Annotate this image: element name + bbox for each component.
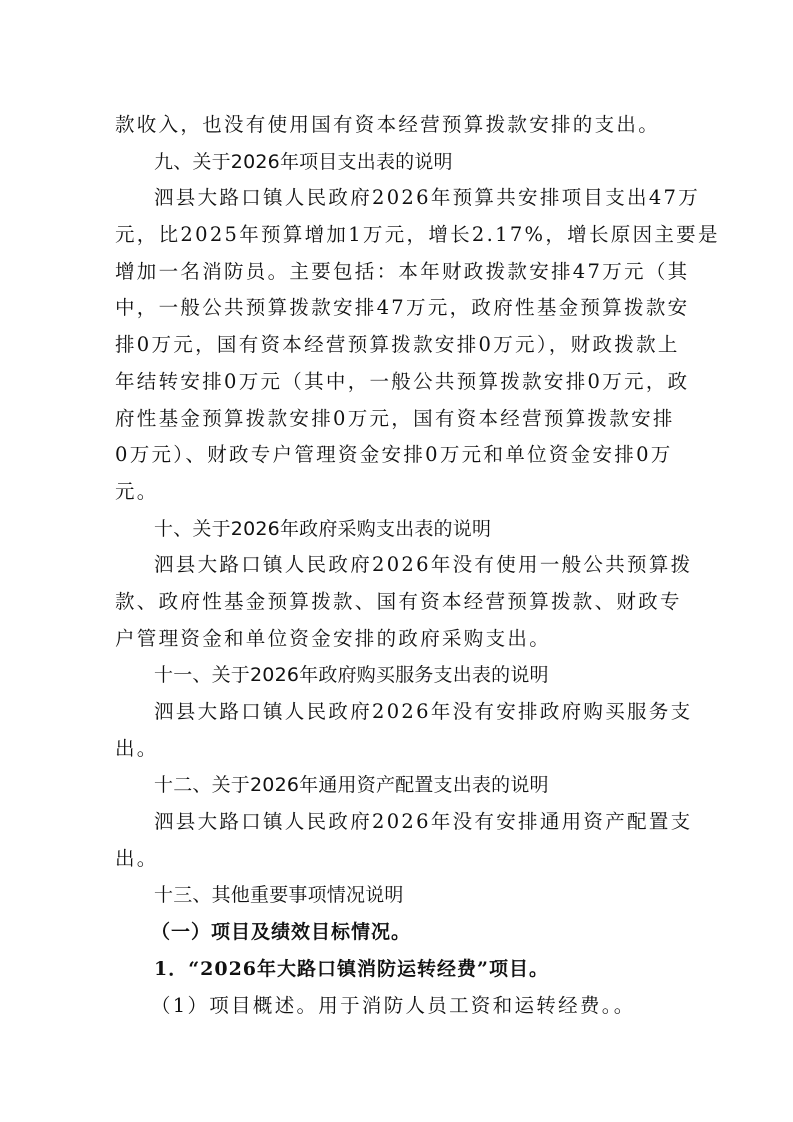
subsection-heading: （一）项目及绩效目标情况。 <box>115 914 679 951</box>
section-heading-9: 九、关于2026年项目支出表的说明 <box>115 144 679 181</box>
paragraph-start: 泗县大路口镇人民政府2026年没有使用一般公共预算拨 <box>115 547 679 584</box>
body-line: 元，比2025年预算增加1万元，增长2.17%，增长原因主要是 <box>115 217 679 254</box>
body-line: 排0万元，国有资本经营预算拨款安排0万元），财政拨款上 <box>115 327 679 364</box>
body-line: 0万元）、财政专户管理资金安排0万元和单位资金安排0万 <box>115 437 679 474</box>
paragraph-start: 泗县大路口镇人民政府2026年没有安排政府购买服务支 <box>115 694 679 731</box>
section-heading-13: 十三、其他重要事项情况说明 <box>115 877 679 914</box>
section-heading-11: 十一、关于2026年政府购买服务支出表的说明 <box>115 657 679 694</box>
body-line: 中，一般公共预算拨款安排47万元，政府性基金预算拨款安 <box>115 290 679 327</box>
section-heading-12: 十二、关于2026年通用资产配置支出表的说明 <box>115 767 679 804</box>
paragraph-start: 泗县大路口镇人民政府2026年没有安排通用资产配置支 <box>115 804 679 841</box>
paragraph-start: 泗县大路口镇人民政府2026年预算共安排项目支出47万 <box>115 180 679 217</box>
body-line: 增加一名消防员。主要包括：本年财政拨款安排47万元（其 <box>115 254 679 291</box>
section-heading-10: 十、关于2026年政府采购支出表的说明 <box>115 511 679 548</box>
document-page: 款收入，也没有使用国有资本经营预算拨款安排的支出。 九、关于2026年项目支出表… <box>115 107 679 1024</box>
body-line: 户管理资金和单位资金安排的政府采购支出。 <box>115 621 679 658</box>
body-line: 款、政府性基金预算拨款、国有资本经营预算拨款、财政专 <box>115 584 679 621</box>
body-line: 府性基金预算拨款安排0万元，国有资本经营预算拨款安排 <box>115 401 679 438</box>
body-line: 款收入，也没有使用国有资本经营预算拨款安排的支出。 <box>115 107 679 144</box>
project-overview-item: （1）项目概述。用于消防人员工资和运转经费。。 <box>115 988 679 1025</box>
body-line: 元。 <box>115 474 679 511</box>
project-heading: 1．“2026年大路口镇消防运转经费”项目。 <box>115 951 679 988</box>
body-line: 出。 <box>115 731 679 768</box>
body-line: 年结转安排0万元（其中，一般公共预算拨款安排0万元，政 <box>115 364 679 401</box>
body-line: 出。 <box>115 841 679 878</box>
